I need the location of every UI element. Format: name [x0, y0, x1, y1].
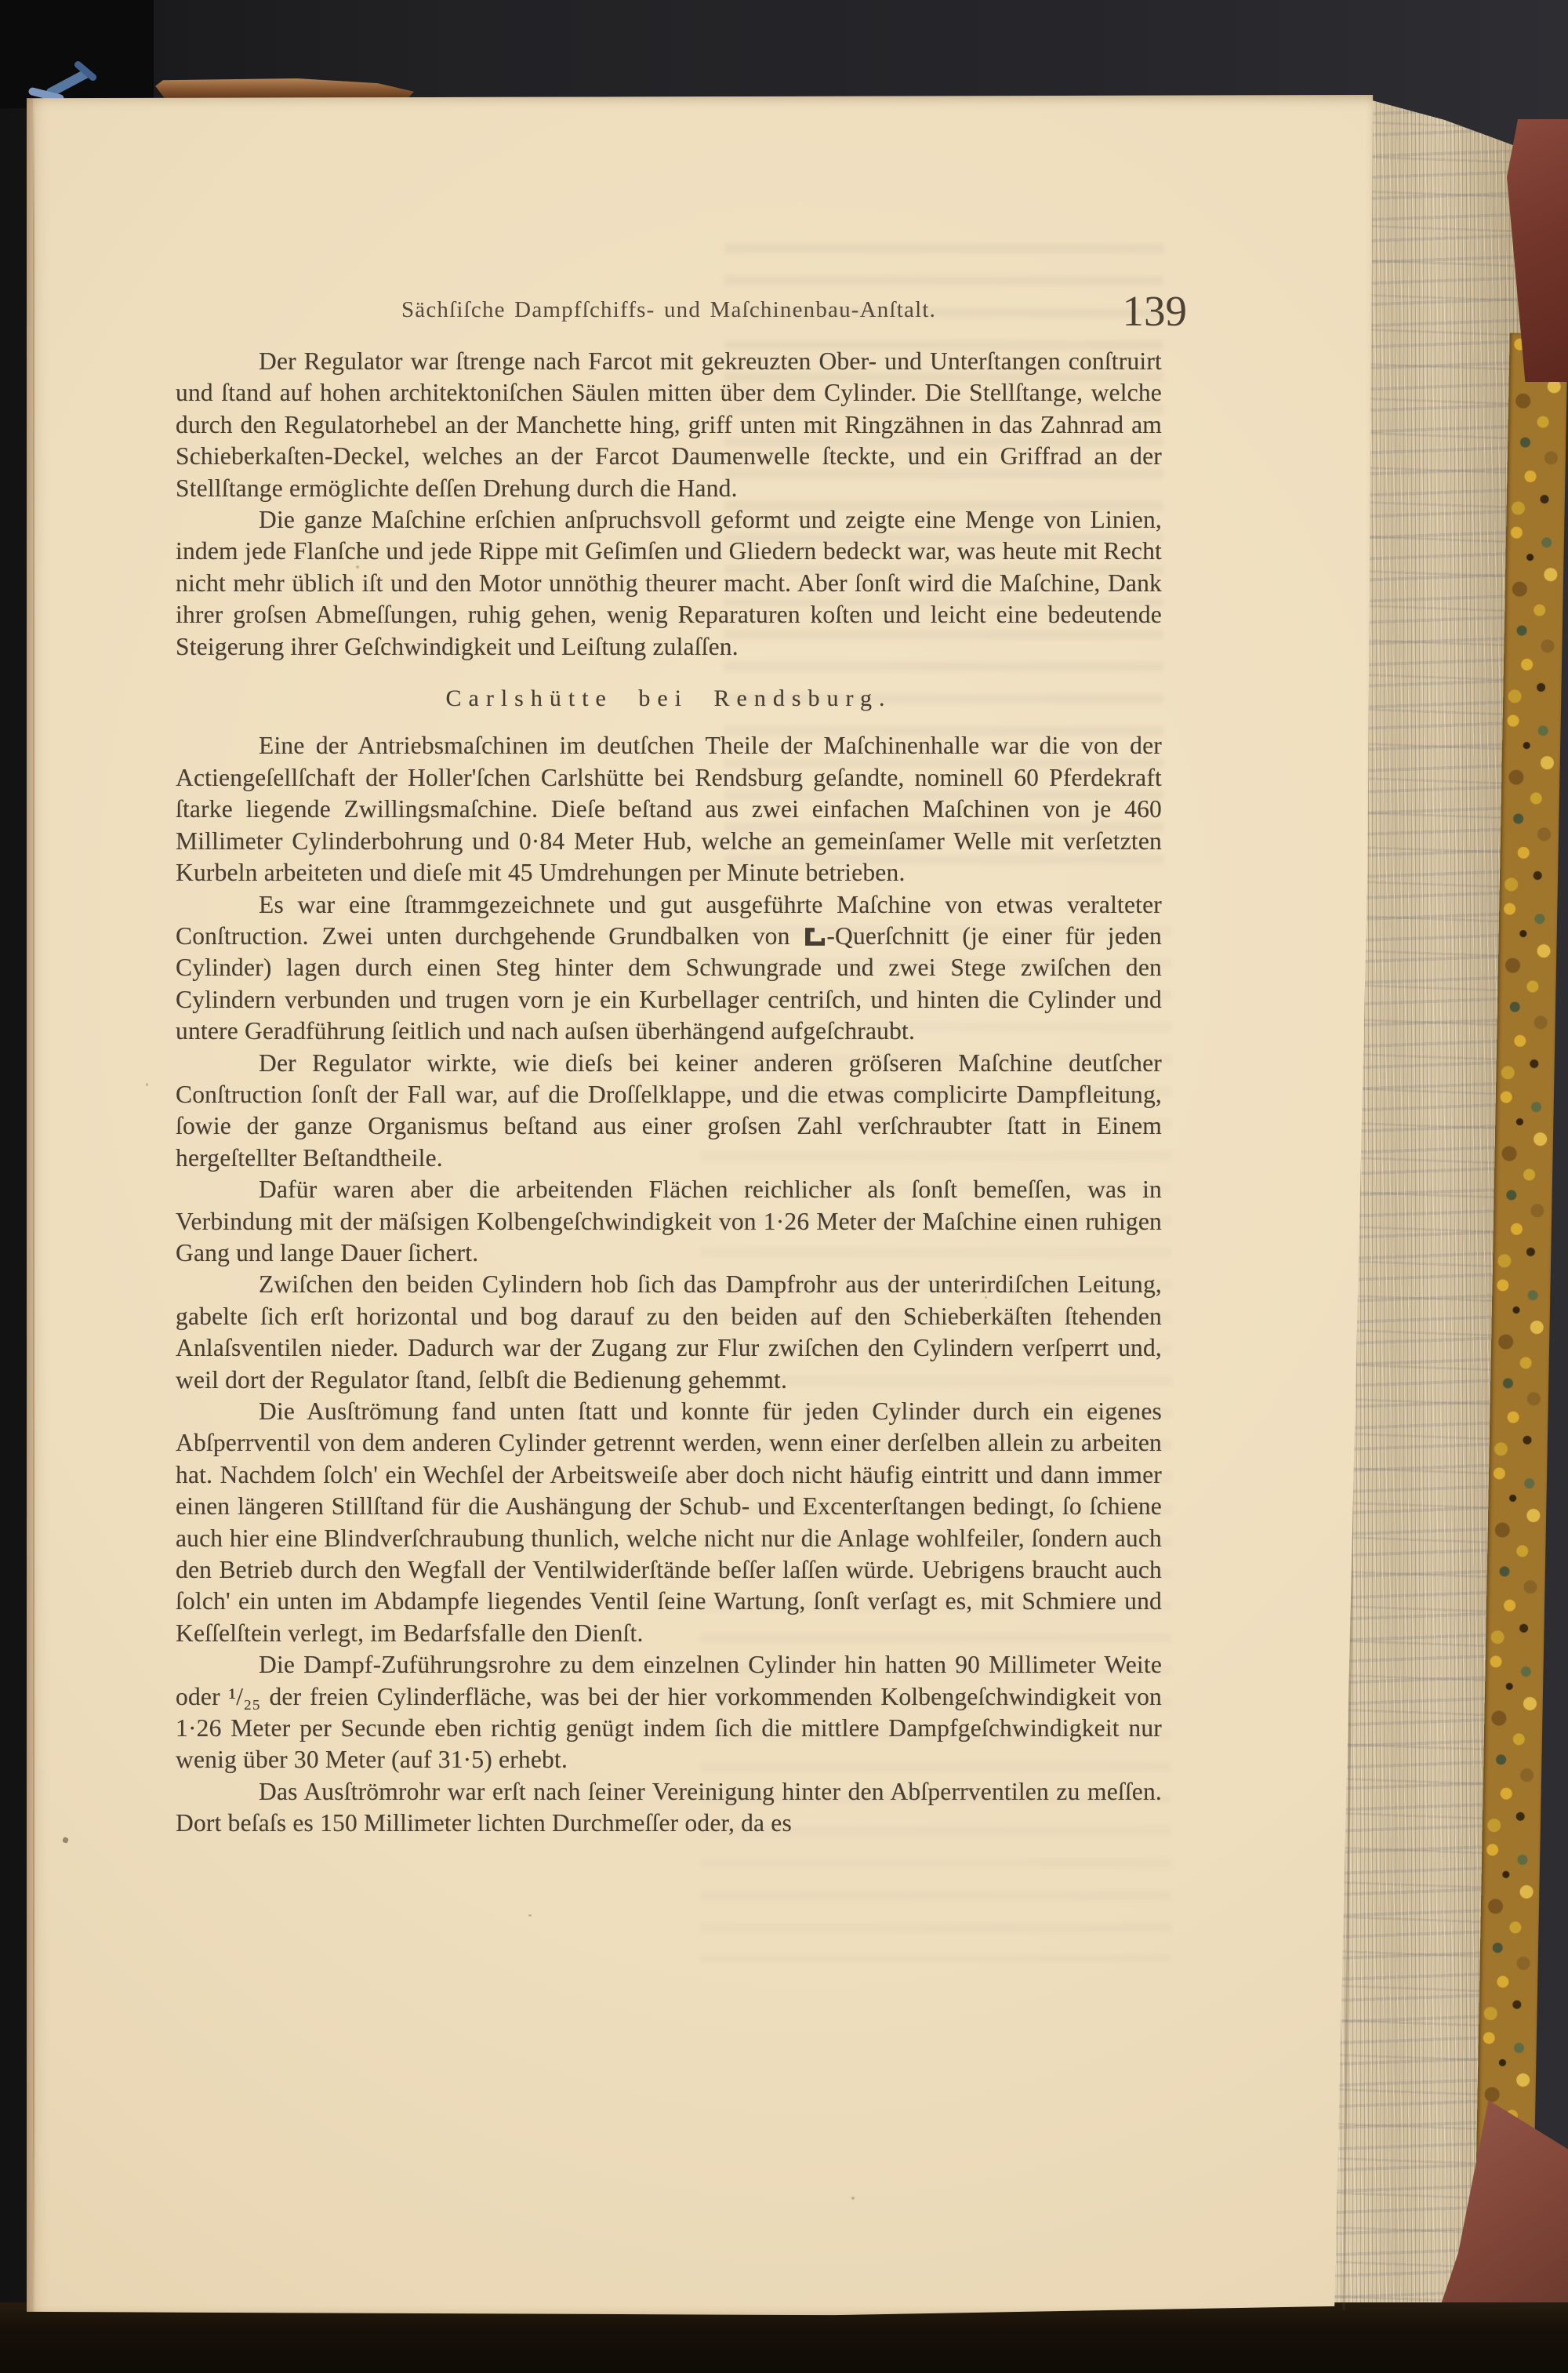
- paper-speck: [146, 1083, 148, 1086]
- paper-speck: [528, 1914, 532, 1917]
- paragraph: Die Dampf-Zuführungsrohre zu dem einzeln…: [176, 1649, 1162, 1776]
- paragraph: Die ganze Maſchine erſchien anſpruchsvol…: [176, 504, 1162, 663]
- gutter-shadow: [27, 95, 33, 2317]
- page-number: 139: [928, 286, 1187, 336]
- paragraph: Der Regulator wirkte, wie dieſs bei kein…: [176, 1048, 1162, 1175]
- paragraph: Das Ausſtrömrohr war erſt nach ſeiner Ve…: [176, 1776, 1162, 1840]
- text-block: Der Regulator war ſtrenge nach Farcot mi…: [176, 346, 1162, 1840]
- gutter-crease: [33, 95, 34, 2317]
- paper-speck: [851, 2197, 855, 2200]
- headband-leather-roll: [155, 78, 414, 100]
- paragraph: Eine der Antriebsmaſchinen im deutſchen …: [176, 730, 1162, 889]
- channel-iron-cross-section-icon: [803, 927, 826, 947]
- book-page: Sächſiſche Dampfſchiffs- und Maſchinenba…: [27, 95, 1374, 2317]
- margin-mark: [62, 1837, 69, 1844]
- paragraph: Zwiſchen den beiden Cylindern hob ſich d…: [176, 1269, 1162, 1396]
- paragraph: Der Regulator war ſtrenge nach Farcot mi…: [176, 346, 1162, 504]
- paragraph: Die Ausſtrömung fand unten ſtatt und kon…: [176, 1396, 1162, 1649]
- paragraph: Dafür waren aber die arbeitenden Flächen…: [176, 1174, 1162, 1269]
- paragraph: Es war eine ſtrammgezeichnete und gut au…: [176, 889, 1162, 1048]
- section-heading: Carlshütte bei Rendsburg.: [176, 683, 1162, 714]
- scanned-book-photo: Sächſiſche Dampfſchiffs- und Maſchinenba…: [0, 0, 1568, 2373]
